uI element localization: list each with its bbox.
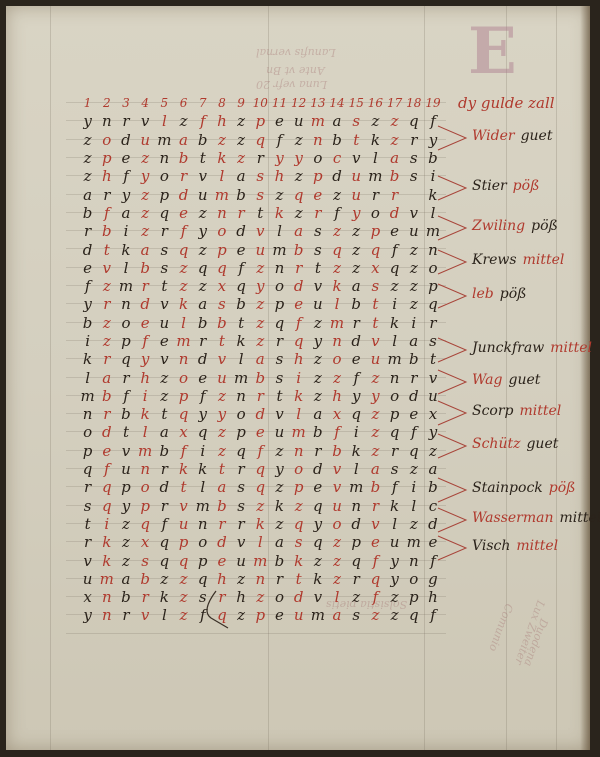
zodiac-sign: Junckfraw — [472, 340, 544, 356]
zodiac-sign: leb — [472, 286, 494, 302]
zodiac-sign: Scorp — [472, 403, 514, 419]
zodiac-sign: Wider — [472, 128, 515, 144]
manuscript-page: E Lanufis vernal Ante vt Bn Luna vefr 20… — [6, 6, 590, 750]
zodiac-label: Widerguet — [472, 128, 552, 144]
zodiac-label: Wassermanmittel — [472, 510, 600, 526]
zodiac-label: Krewsmittel — [472, 252, 564, 268]
zodiac-rating: guet — [526, 436, 558, 452]
zodiac-sign: Wag — [472, 372, 502, 388]
zodiac-sign: Stier — [472, 178, 507, 194]
zodiac-label: Stierpöß — [472, 178, 539, 194]
zodiac-sign: Schütz — [472, 436, 520, 452]
zodiac-rating: pöß — [549, 480, 576, 496]
zodiac-sign: Stainpock — [472, 480, 543, 496]
zodiac-rating: mittel — [550, 340, 592, 356]
zodiac-rating: guet — [508, 372, 540, 388]
zodiac-sign: Wasserman — [472, 510, 554, 526]
zodiac-rating: mittel — [516, 538, 558, 554]
zodiac-label: Junckfrawmittel — [472, 340, 592, 356]
zodiac-label: Schützguet — [472, 436, 558, 452]
zodiac-rating: mittel — [523, 252, 565, 268]
zodiac-label: Zwilingpöß — [472, 218, 558, 234]
zodiac-label: Vischmittel — [472, 538, 558, 554]
zodiac-rating: pöß — [531, 218, 558, 234]
zodiac-label: Stainpockpöß — [472, 480, 576, 496]
zodiac-rating: mittel — [520, 403, 562, 419]
zodiac-label: lebpöß — [472, 286, 526, 302]
zodiac-sign: Visch — [472, 538, 510, 554]
zodiac-rating: mittel — [560, 510, 600, 526]
zodiac-rating: pöß — [513, 178, 540, 194]
zodiac-rating: guet — [521, 128, 553, 144]
zodiac-sign: Zwiling — [472, 218, 525, 234]
zodiac-sign: Krews — [472, 252, 517, 268]
zodiac-label: Scorpmittel — [472, 403, 561, 419]
zodiac-label: Wagguet — [472, 372, 540, 388]
zodiac-rating: pöß — [500, 286, 527, 302]
